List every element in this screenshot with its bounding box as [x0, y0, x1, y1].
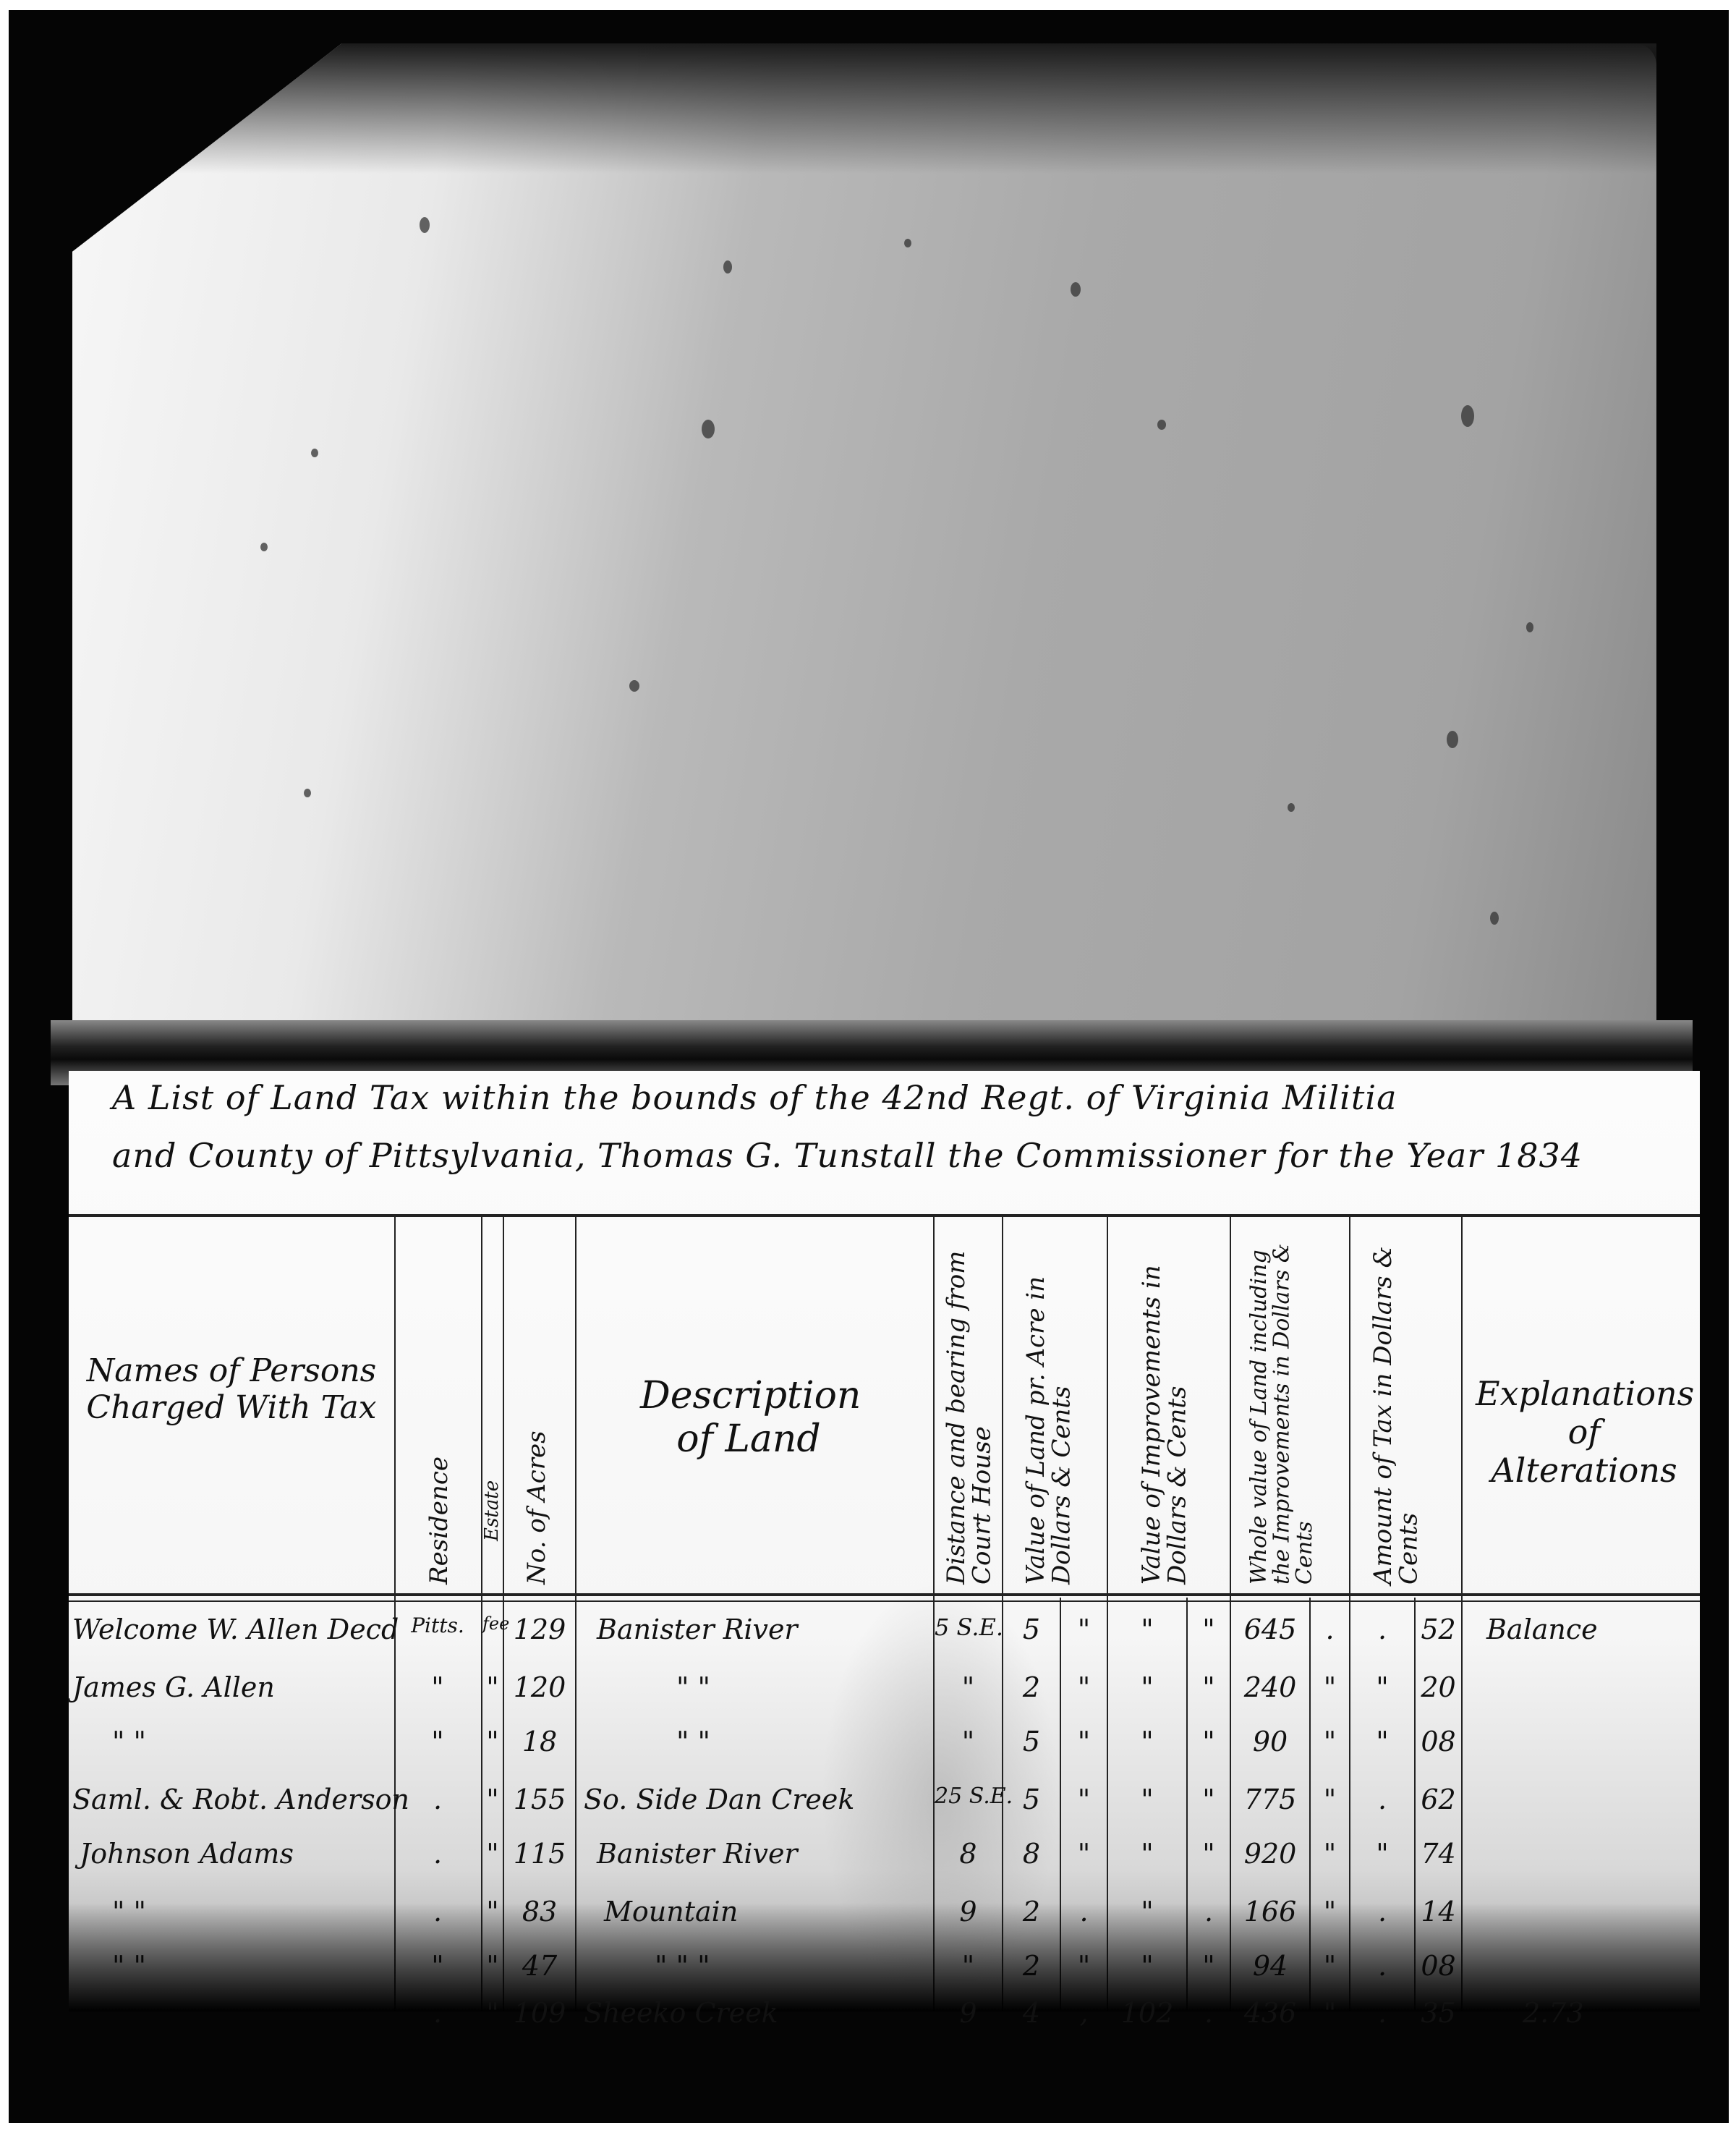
col-divider: [575, 1216, 576, 2011]
row-1-total-d: 240: [1231, 1671, 1309, 1703]
row-7-tax-c: 35: [1416, 1997, 1461, 2029]
row-7-value-acre-c: ,: [1061, 1997, 1107, 2029]
row-7-total-c: ": [1311, 1997, 1349, 2029]
row-3-acres: 155: [504, 1784, 575, 1815]
row-4-total-c: ": [1311, 1838, 1349, 1870]
row-1-total-c: ": [1311, 1671, 1349, 1703]
row-7-acres: 109: [504, 1997, 575, 2029]
row-7-description: Sheeko Creek: [584, 1997, 778, 2029]
row-0-tax-d: .: [1350, 1613, 1414, 1645]
row-0-improve-c: ": [1188, 1613, 1230, 1645]
ink-spot: [260, 543, 268, 551]
row-2-improve-c: ": [1188, 1726, 1230, 1757]
row-1-estate: ": [482, 1671, 503, 1703]
row-4-value-acre-c: ": [1061, 1838, 1107, 1870]
header-value-per-acre: Value of Land pr. Acre in Dollars & Cent…: [1024, 1223, 1089, 1585]
ink-spot: [904, 239, 911, 247]
header-names: Names of Persons Charged With Tax: [76, 1353, 387, 1426]
ink-spot: [629, 680, 639, 692]
row-7-improve-c: .: [1188, 1997, 1230, 2029]
row-2-improve-d: ": [1108, 1726, 1186, 1757]
row-3-estate: ": [482, 1784, 503, 1815]
row-4-description: Banister River: [597, 1838, 798, 1870]
ink-spot: [1526, 622, 1533, 632]
row-7-improve-d: 102: [1108, 1997, 1186, 2029]
row-2-tax-d: ": [1350, 1726, 1414, 1757]
row-4-improve-d: ": [1108, 1838, 1186, 1870]
row-4-estate: ": [482, 1838, 503, 1870]
row-3-improve-c: ": [1188, 1784, 1230, 1815]
row-3-name: Saml. & Robt. Anderson: [72, 1784, 409, 1815]
row-1-value-acre-d: 2: [1003, 1671, 1060, 1703]
header-value-total: Whole value of Land including the Improv…: [1248, 1223, 1335, 1585]
row-2-description: " ": [676, 1726, 710, 1757]
row-0-total-d: 645: [1231, 1613, 1309, 1645]
row-2-tax-c: 08: [1416, 1726, 1461, 1757]
row-0-name: Welcome W. Allen Decd: [72, 1613, 399, 1645]
header-distance: Distance and bearing from Court House: [944, 1223, 995, 1585]
col-divider: [1461, 1216, 1463, 2011]
row-0-acres: 129: [504, 1613, 575, 1645]
row-0-tax-c: 52: [1416, 1613, 1461, 1645]
row-3-tax-d: .: [1350, 1784, 1414, 1815]
ink-spot: [311, 449, 318, 457]
row-3-residence: .: [398, 1784, 477, 1815]
row-1-value-acre-c: ": [1061, 1671, 1107, 1703]
header-tax: Amount of Tax in Dollars & Cents: [1371, 1223, 1443, 1585]
document-title-line-2: and County of Pittsylvania, Thomas G. Tu…: [112, 1136, 1583, 1175]
row-0-explanation: Balance: [1486, 1613, 1598, 1645]
ink-spot: [1288, 803, 1295, 812]
row-2-residence: ": [398, 1726, 477, 1757]
row-3-value-acre-d: 5: [1003, 1784, 1060, 1815]
row-0-residence: Pitts.: [398, 1613, 477, 1637]
row-3-improve-d: ": [1108, 1784, 1186, 1815]
row-1-description: " ": [676, 1671, 710, 1703]
header-residence: Residence: [427, 1382, 453, 1585]
ink-spot: [702, 420, 715, 438]
row-2-total-c: ": [1311, 1726, 1349, 1757]
row-4-improve-c: ": [1188, 1838, 1230, 1870]
header-value-improvements: Value of Improvements in Dollars & Cents: [1139, 1223, 1212, 1585]
row-3-total-d: 775: [1231, 1784, 1309, 1815]
row-7-estate: ": [482, 1997, 503, 2029]
header-description: Description of Land: [640, 1375, 857, 1462]
row-7-explanation: 2.73: [1523, 1997, 1584, 2029]
header-top-rule: [69, 1214, 1700, 1217]
ink-spot: [304, 789, 311, 797]
row-2-distance: ": [935, 1726, 1002, 1757]
row-1-acres: 120: [504, 1671, 575, 1703]
ink-spot: [1461, 405, 1474, 427]
row-1-improve-d: ": [1108, 1671, 1186, 1703]
row-7-value-acre-d: 4: [1003, 1997, 1060, 2029]
header-bottom-rule: [69, 1593, 1700, 1596]
row-4-value-acre-d: 8: [1003, 1838, 1060, 1870]
row-0-estate: fee: [482, 1613, 503, 1634]
header-estate: Estate: [482, 1411, 502, 1541]
row-0-value-acre-d: 5: [1003, 1613, 1060, 1645]
upper-blank-page: [72, 43, 1656, 1035]
row-4-residence: .: [398, 1838, 477, 1870]
row-7-distance: 9: [935, 1997, 1002, 2029]
row-1-name: James G. Allen: [72, 1671, 275, 1703]
row-1-tax-c: 20: [1416, 1671, 1461, 1703]
row-3-value-acre-c: ": [1061, 1784, 1107, 1815]
bottom-shadow: [69, 1903, 1700, 2011]
row-3-tax-c: 62: [1416, 1784, 1461, 1815]
row-4-distance: 8: [935, 1838, 1002, 1870]
row-2-acres: 18: [504, 1726, 575, 1757]
header-explanations: Explanations of Alterations: [1476, 1375, 1693, 1490]
document-title-line-1: A List of Land Tax within the bounds of …: [112, 1078, 1397, 1117]
row-0-distance: 5 S.E.: [935, 1613, 1002, 1641]
header-acres: No. of Acres: [524, 1360, 550, 1585]
header-bottom-rule-2: [69, 1600, 1700, 1602]
row-7-residence: .: [398, 1997, 477, 2029]
row-2-value-acre-d: 5: [1003, 1726, 1060, 1757]
row-2-value-acre-c: ": [1061, 1726, 1107, 1757]
row-1-improve-c: ": [1188, 1671, 1230, 1703]
row-1-distance: ": [935, 1671, 1002, 1703]
row-0-description: Banister River: [597, 1613, 798, 1645]
row-4-total-d: 920: [1231, 1838, 1309, 1870]
ink-spot: [723, 260, 732, 273]
row-2-estate: ": [482, 1726, 503, 1757]
ink-spot: [420, 217, 430, 233]
row-1-tax-d: ": [1350, 1671, 1414, 1703]
row-2-name: " ": [112, 1726, 146, 1757]
ledger-page: A List of Land Tax within the bounds of …: [69, 1071, 1700, 2011]
row-4-acres: 115: [504, 1838, 575, 1870]
row-4-tax-c: 74: [1416, 1838, 1461, 1870]
row-1-residence: ": [398, 1671, 477, 1703]
ink-spot: [1157, 420, 1166, 430]
row-0-total-c: .: [1311, 1613, 1349, 1645]
row-3-distance: 25 S.E.: [935, 1784, 1002, 1809]
ink-spot: [1447, 731, 1458, 748]
row-4-tax-d: ": [1350, 1838, 1414, 1870]
ink-spot: [1490, 912, 1499, 925]
row-0-value-acre-c: ": [1061, 1613, 1107, 1645]
row-7-total-d: 436: [1231, 1997, 1309, 2029]
row-3-description: So. Side Dan Creek: [584, 1784, 854, 1815]
ink-spot: [1071, 282, 1081, 297]
row-0-improve-d: ": [1108, 1613, 1186, 1645]
row-3-total-c: ": [1311, 1784, 1349, 1815]
row-2-total-d: 90: [1231, 1726, 1309, 1757]
row-7-tax-d: .: [1350, 1997, 1414, 2029]
row-4-name: Johnson Adams: [80, 1838, 294, 1870]
